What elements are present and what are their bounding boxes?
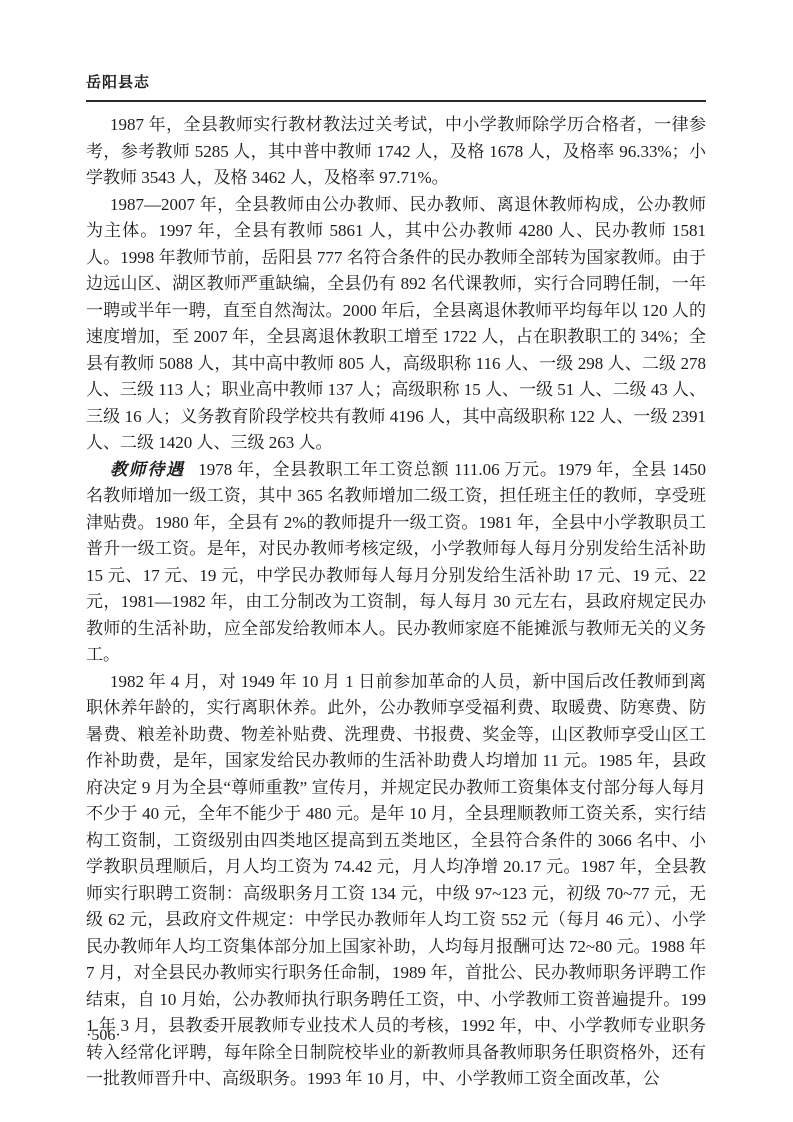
document-page: 岳阳县志 1987 年，全县教师实行教材教法过关考试，中小学教师除学历合格者，一… [0, 0, 793, 1122]
paragraph: 1987—2007 年，全县教师由公办教师、民办教师、离退休教师构成，公办教师为… [86, 192, 706, 457]
page-number: ·506· [86, 1026, 121, 1046]
running-header: 岳阳县志 [86, 73, 706, 102]
paragraph-text: 1978 年，全县教职工年工资总额 111.06 万元。1979 年，全县 14… [86, 460, 706, 665]
page-body: 1987 年，全县教师实行教材教法过关考试，中小学教师除学历合格者，一律参考，参… [86, 112, 706, 1093]
paragraph: 1987 年，全县教师实行教材教法过关考试，中小学教师除学历合格者，一律参考，参… [86, 112, 706, 192]
section-heading: 教师待遇 [110, 460, 185, 479]
paragraph: 教师待遇1978 年，全县教职工年工资总额 111.06 万元。1979 年，全… [86, 457, 706, 669]
paragraph: 1982 年 4 月，对 1949 年 10 月 1 日前参加革命的人员，新中国… [86, 669, 706, 1093]
book-title: 岳阳县志 [86, 73, 706, 91]
